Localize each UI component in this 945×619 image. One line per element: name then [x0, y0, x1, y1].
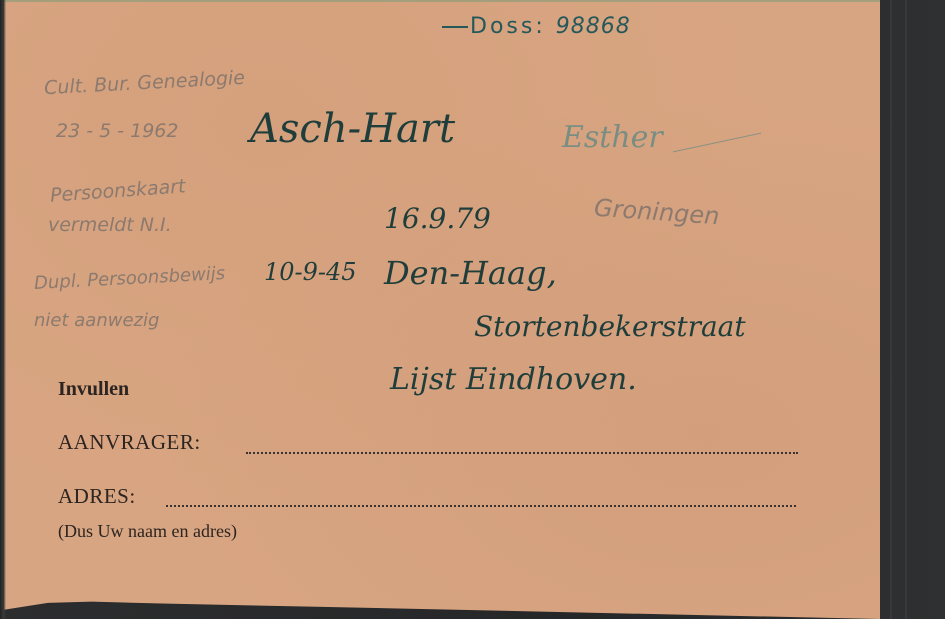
applicant-label: AANVRAGER: [58, 430, 201, 455]
card-left-edge [0, 0, 6, 619]
city: Den-Haag, [384, 254, 557, 292]
birth-date: 16.9.79 [384, 202, 491, 235]
street: Stortenbekerstraat [474, 310, 746, 343]
pencil-note-vermeldt: vermeldt N.I. [48, 214, 172, 236]
scanner-stripe [905, 0, 907, 619]
dossier-number: 98868 [556, 14, 631, 39]
dossier-stamp: Doss: 98868 [442, 14, 631, 39]
card-top-edge [4, 0, 880, 2]
surname: Asch-Hart [250, 106, 455, 152]
form-section-title: Invullen [58, 378, 129, 401]
pencil-note-date: 23 - 5 - 1962 [56, 120, 179, 142]
dossier-label: Doss: [470, 14, 546, 39]
address-field-line [166, 505, 796, 507]
form-hint: (Dus Uw naam en adres) [58, 521, 237, 542]
address-label: ADRES: [58, 484, 136, 509]
list-note: Lijst Eindhoven. [390, 362, 637, 397]
pencil-note-niet-aanwezig: niet aanwezig [34, 310, 159, 331]
underline-mark [442, 26, 468, 28]
date-note: 10-9-45 [264, 258, 357, 286]
scanner-stripe [890, 0, 892, 619]
applicant-field-line [246, 452, 798, 454]
given-name: Esther [562, 120, 663, 155]
